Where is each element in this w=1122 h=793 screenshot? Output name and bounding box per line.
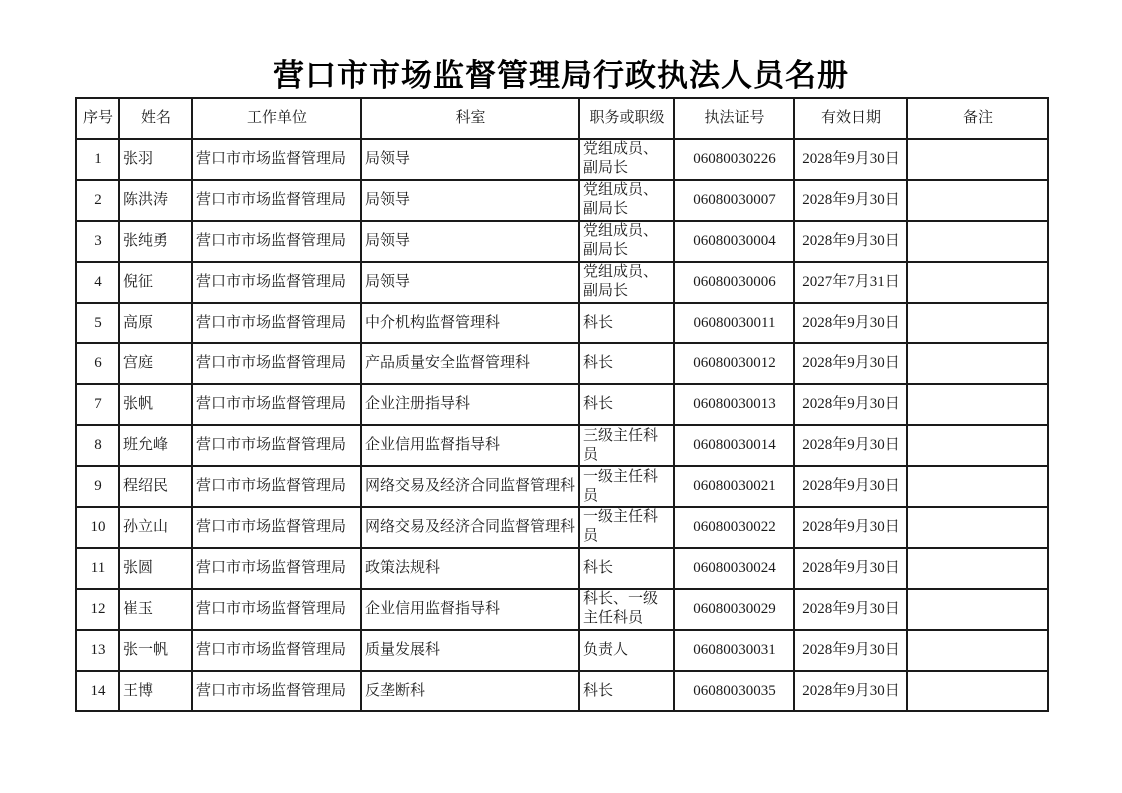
- cell-department: 企业信用监督指导科: [361, 425, 579, 466]
- cell-position: 科长: [579, 548, 674, 589]
- cell-position: 科长: [579, 303, 674, 344]
- table-header-row: 序号 姓名 工作单位 科室 职务或职级 执法证号 有效日期 备注: [76, 98, 1048, 139]
- table-body: 1张羽营口市市场监督管理局局领导党组成员、副局长060800302262028年…: [76, 139, 1048, 711]
- cell-seq: 3: [76, 221, 119, 262]
- cell-cert_no: 06080030013: [674, 384, 794, 425]
- cell-valid_date: 2028年9月30日: [794, 671, 907, 712]
- cell-unit: 营口市市场监督管理局: [192, 630, 361, 671]
- cell-valid_date: 2028年9月30日: [794, 343, 907, 384]
- col-header-unit: 工作单位: [192, 98, 361, 139]
- cell-cert_no: 06080030014: [674, 425, 794, 466]
- cell-remark: [907, 507, 1048, 548]
- cell-department: 局领导: [361, 180, 579, 221]
- cell-name: 孙立山: [119, 507, 192, 548]
- cell-department: 网络交易及经济合同监督管理科: [361, 507, 579, 548]
- table-row: 8班允峰营口市市场监督管理局企业信用监督指导科三级主任科员06080030014…: [76, 425, 1048, 466]
- cell-cert_no: 06080030006: [674, 262, 794, 303]
- cell-cert_no: 06080030031: [674, 630, 794, 671]
- cell-name: 张帆: [119, 384, 192, 425]
- cell-position: 科长、一级主任科员: [579, 589, 674, 630]
- cell-remark: [907, 221, 1048, 262]
- cell-remark: [907, 262, 1048, 303]
- cell-cert_no: 06080030021: [674, 466, 794, 507]
- document-page: 营口市市场监督管理局行政执法人员名册 序号 姓名 工作单位 科室 职务或职级 执…: [0, 0, 1122, 793]
- table-row: 7张帆营口市市场监督管理局企业注册指导科科长060800300132028年9月…: [76, 384, 1048, 425]
- table-row: 14王博营口市市场监督管理局反垄断科科长060800300352028年9月30…: [76, 671, 1048, 712]
- cell-name: 崔玉: [119, 589, 192, 630]
- cell-cert_no: 06080030022: [674, 507, 794, 548]
- cell-seq: 6: [76, 343, 119, 384]
- cell-position: 党组成员、副局长: [579, 139, 674, 180]
- cell-position: 科长: [579, 343, 674, 384]
- cell-position: 党组成员、副局长: [579, 180, 674, 221]
- cell-position: 党组成员、副局长: [579, 221, 674, 262]
- cell-unit: 营口市市场监督管理局: [192, 548, 361, 589]
- cell-seq: 7: [76, 384, 119, 425]
- cell-name: 陈洪涛: [119, 180, 192, 221]
- table-row: 5高原营口市市场监督管理局中介机构监督管理科科长060800300112028年…: [76, 303, 1048, 344]
- cell-seq: 5: [76, 303, 119, 344]
- cell-remark: [907, 139, 1048, 180]
- cell-valid_date: 2028年9月30日: [794, 180, 907, 221]
- cell-name: 张圆: [119, 548, 192, 589]
- cell-seq: 12: [76, 589, 119, 630]
- cell-remark: [907, 548, 1048, 589]
- cell-cert_no: 06080030226: [674, 139, 794, 180]
- cell-unit: 营口市市场监督管理局: [192, 507, 361, 548]
- table-row: 12崔玉营口市市场监督管理局企业信用监督指导科科长、一级主任科员06080030…: [76, 589, 1048, 630]
- cell-unit: 营口市市场监督管理局: [192, 139, 361, 180]
- cell-position: 一级主任科员: [579, 507, 674, 548]
- table-row: 3张纯勇营口市市场监督管理局局领导党组成员、副局长060800300042028…: [76, 221, 1048, 262]
- cell-valid_date: 2028年9月30日: [794, 630, 907, 671]
- cell-cert_no: 06080030012: [674, 343, 794, 384]
- cell-name: 高原: [119, 303, 192, 344]
- cell-valid_date: 2027年7月31日: [794, 262, 907, 303]
- cell-unit: 营口市市场监督管理局: [192, 425, 361, 466]
- cell-name: 张羽: [119, 139, 192, 180]
- cell-valid_date: 2028年9月30日: [794, 507, 907, 548]
- col-header-department: 科室: [361, 98, 579, 139]
- col-header-seq: 序号: [76, 98, 119, 139]
- cell-valid_date: 2028年9月30日: [794, 384, 907, 425]
- col-header-position: 职务或职级: [579, 98, 674, 139]
- cell-cert_no: 06080030004: [674, 221, 794, 262]
- cell-remark: [907, 303, 1048, 344]
- cell-unit: 营口市市场监督管理局: [192, 180, 361, 221]
- cell-valid_date: 2028年9月30日: [794, 466, 907, 507]
- cell-remark: [907, 466, 1048, 507]
- cell-cert_no: 06080030035: [674, 671, 794, 712]
- cell-department: 局领导: [361, 139, 579, 180]
- cell-seq: 14: [76, 671, 119, 712]
- cell-department: 反垄断科: [361, 671, 579, 712]
- cell-cert_no: 06080030024: [674, 548, 794, 589]
- table-row: 6宫庭营口市市场监督管理局产品质量安全监督管理科科长06080030012202…: [76, 343, 1048, 384]
- cell-remark: [907, 425, 1048, 466]
- cell-seq: 13: [76, 630, 119, 671]
- col-header-cert-no: 执法证号: [674, 98, 794, 139]
- cell-remark: [907, 343, 1048, 384]
- table-row: 2陈洪涛营口市市场监督管理局局领导党组成员、副局长060800300072028…: [76, 180, 1048, 221]
- cell-name: 班允峰: [119, 425, 192, 466]
- cell-cert_no: 06080030007: [674, 180, 794, 221]
- table-row: 1张羽营口市市场监督管理局局领导党组成员、副局长060800302262028年…: [76, 139, 1048, 180]
- cell-seq: 4: [76, 262, 119, 303]
- cell-name: 王博: [119, 671, 192, 712]
- cell-department: 政策法规科: [361, 548, 579, 589]
- cell-remark: [907, 180, 1048, 221]
- cell-unit: 营口市市场监督管理局: [192, 671, 361, 712]
- cell-remark: [907, 630, 1048, 671]
- cell-seq: 1: [76, 139, 119, 180]
- cell-seq: 2: [76, 180, 119, 221]
- cell-unit: 营口市市场监督管理局: [192, 262, 361, 303]
- table-row: 9程绍民营口市市场监督管理局网络交易及经济合同监督管理科一级主任科员060800…: [76, 466, 1048, 507]
- table-row: 11张圆营口市市场监督管理局政策法规科科长060800300242028年9月3…: [76, 548, 1048, 589]
- cell-seq: 8: [76, 425, 119, 466]
- cell-name: 张一帆: [119, 630, 192, 671]
- page-title: 营口市市场监督管理局行政执法人员名册: [0, 50, 1122, 95]
- table-row: 13张一帆营口市市场监督管理局质量发展科负责人060800300312028年9…: [76, 630, 1048, 671]
- col-header-remark: 备注: [907, 98, 1048, 139]
- cell-remark: [907, 671, 1048, 712]
- cell-department: 网络交易及经济合同监督管理科: [361, 466, 579, 507]
- cell-position: 党组成员、副局长: [579, 262, 674, 303]
- cell-seq: 10: [76, 507, 119, 548]
- cell-valid_date: 2028年9月30日: [794, 425, 907, 466]
- cell-department: 企业信用监督指导科: [361, 589, 579, 630]
- cell-valid_date: 2028年9月30日: [794, 303, 907, 344]
- cell-department: 中介机构监督管理科: [361, 303, 579, 344]
- cell-unit: 营口市市场监督管理局: [192, 589, 361, 630]
- cell-position: 三级主任科员: [579, 425, 674, 466]
- cell-unit: 营口市市场监督管理局: [192, 384, 361, 425]
- cell-name: 张纯勇: [119, 221, 192, 262]
- cell-name: 宫庭: [119, 343, 192, 384]
- cell-department: 产品质量安全监督管理科: [361, 343, 579, 384]
- cell-valid_date: 2028年9月30日: [794, 589, 907, 630]
- col-header-name: 姓名: [119, 98, 192, 139]
- table-row: 4倪征营口市市场监督管理局局领导党组成员、副局长060800300062027年…: [76, 262, 1048, 303]
- cell-cert_no: 06080030011: [674, 303, 794, 344]
- cell-seq: 11: [76, 548, 119, 589]
- col-header-valid-date: 有效日期: [794, 98, 907, 139]
- cell-position: 负责人: [579, 630, 674, 671]
- cell-seq: 9: [76, 466, 119, 507]
- cell-name: 倪征: [119, 262, 192, 303]
- cell-position: 一级主任科员: [579, 466, 674, 507]
- table-row: 10孙立山营口市市场监督管理局网络交易及经济合同监督管理科一级主任科员06080…: [76, 507, 1048, 548]
- cell-position: 科长: [579, 671, 674, 712]
- cell-valid_date: 2028年9月30日: [794, 139, 907, 180]
- cell-unit: 营口市市场监督管理局: [192, 466, 361, 507]
- cell-cert_no: 06080030029: [674, 589, 794, 630]
- cell-position: 科长: [579, 384, 674, 425]
- personnel-table: 序号 姓名 工作单位 科室 职务或职级 执法证号 有效日期 备注 1张羽营口市市…: [75, 97, 1049, 712]
- cell-department: 质量发展科: [361, 630, 579, 671]
- cell-remark: [907, 589, 1048, 630]
- cell-valid_date: 2028年9月30日: [794, 548, 907, 589]
- cell-unit: 营口市市场监督管理局: [192, 221, 361, 262]
- cell-department: 局领导: [361, 262, 579, 303]
- cell-remark: [907, 384, 1048, 425]
- cell-unit: 营口市市场监督管理局: [192, 343, 361, 384]
- cell-valid_date: 2028年9月30日: [794, 221, 907, 262]
- cell-department: 企业注册指导科: [361, 384, 579, 425]
- cell-name: 程绍民: [119, 466, 192, 507]
- cell-department: 局领导: [361, 221, 579, 262]
- cell-unit: 营口市市场监督管理局: [192, 303, 361, 344]
